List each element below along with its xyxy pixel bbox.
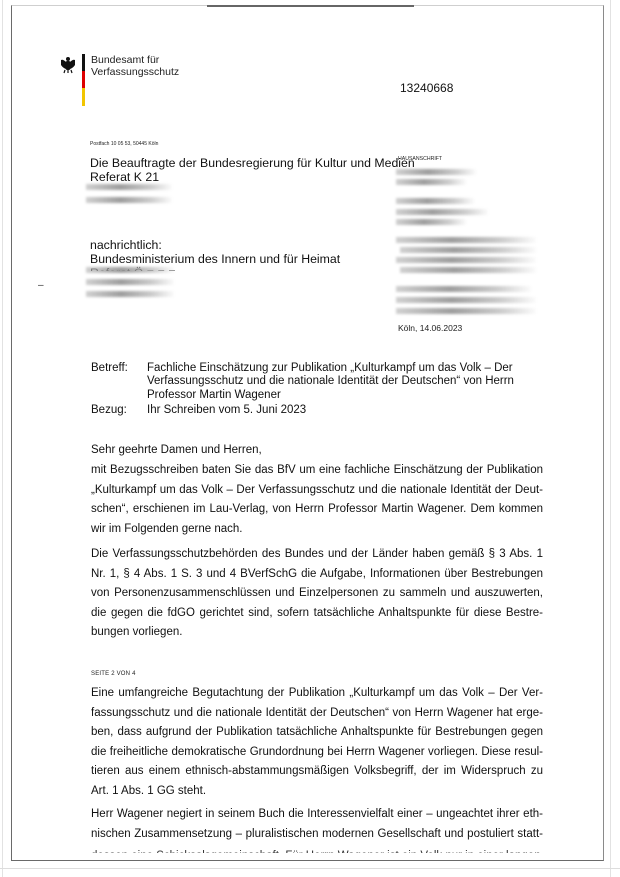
redacted-text xyxy=(396,169,476,175)
redacted-text xyxy=(396,297,536,303)
reference-text: Ihr Schreiben vom 5. Juni 2023 xyxy=(147,404,306,416)
redacted-text xyxy=(86,197,172,203)
address-heading: HAUSANSCHRIFT xyxy=(398,156,442,162)
flag-stripe xyxy=(82,54,85,106)
fold-mark: – xyxy=(38,280,44,291)
viewer-edge-right xyxy=(610,0,611,877)
redacted-text xyxy=(396,209,488,215)
recipient-address: Die Beauftragte der Bundesregierung für … xyxy=(90,156,415,184)
body-paragraph: Herr Wagener negiert in seinem Buch die … xyxy=(91,805,543,844)
redacted-text xyxy=(86,184,172,190)
redacted-text xyxy=(396,308,536,314)
federal-eagle-icon xyxy=(60,56,76,74)
viewer-edge-left xyxy=(2,0,3,877)
redacted-text xyxy=(396,179,466,185)
redacted-text xyxy=(400,247,536,253)
subject-text: Fachliche Einschätzung zur Publikation „… xyxy=(147,362,542,402)
page-top-bar xyxy=(207,5,414,7)
redacted-text xyxy=(86,291,174,297)
redacted-text xyxy=(400,267,536,273)
letter-date: Köln, 14.06.2023 xyxy=(398,323,462,333)
redacted-text xyxy=(396,257,536,263)
salutation: Sehr geehrte Damen und Herren, xyxy=(91,444,262,456)
body-paragraph: Die Verfassungsschutzbehörden des Bundes… xyxy=(91,545,543,643)
redacted-text xyxy=(396,286,531,292)
redacted-text xyxy=(86,279,174,285)
redacted-text xyxy=(86,267,174,273)
cut-off-line: dessen eine Schicksalsgemeinschaft. Für … xyxy=(91,846,543,853)
redacted-text xyxy=(396,237,536,243)
viewer-edge-bottom xyxy=(0,868,620,869)
redacted-text xyxy=(396,219,466,225)
body-paragraph: mit Bezugsschreiben baten Sie das BfV um… xyxy=(91,461,543,539)
document-number: 13240668 xyxy=(400,81,453,95)
body-paragraph: Eine umfangreiche Begutachtung der Publi… xyxy=(91,684,543,801)
sender-postbox: Postfach 10 05 53, 50445 Köln xyxy=(90,141,158,147)
copy-to-address: nachrichtlich: Bundesministerium des Inn… xyxy=(90,238,340,266)
redacted-text xyxy=(396,198,474,204)
reference-label: Bezug: xyxy=(91,404,127,416)
page-marker: SEITE 2 VON 4 xyxy=(91,671,136,677)
organization-name: Bundesamt für Verfassungsschutz xyxy=(91,55,179,78)
subject-label: Betreff: xyxy=(91,362,128,374)
